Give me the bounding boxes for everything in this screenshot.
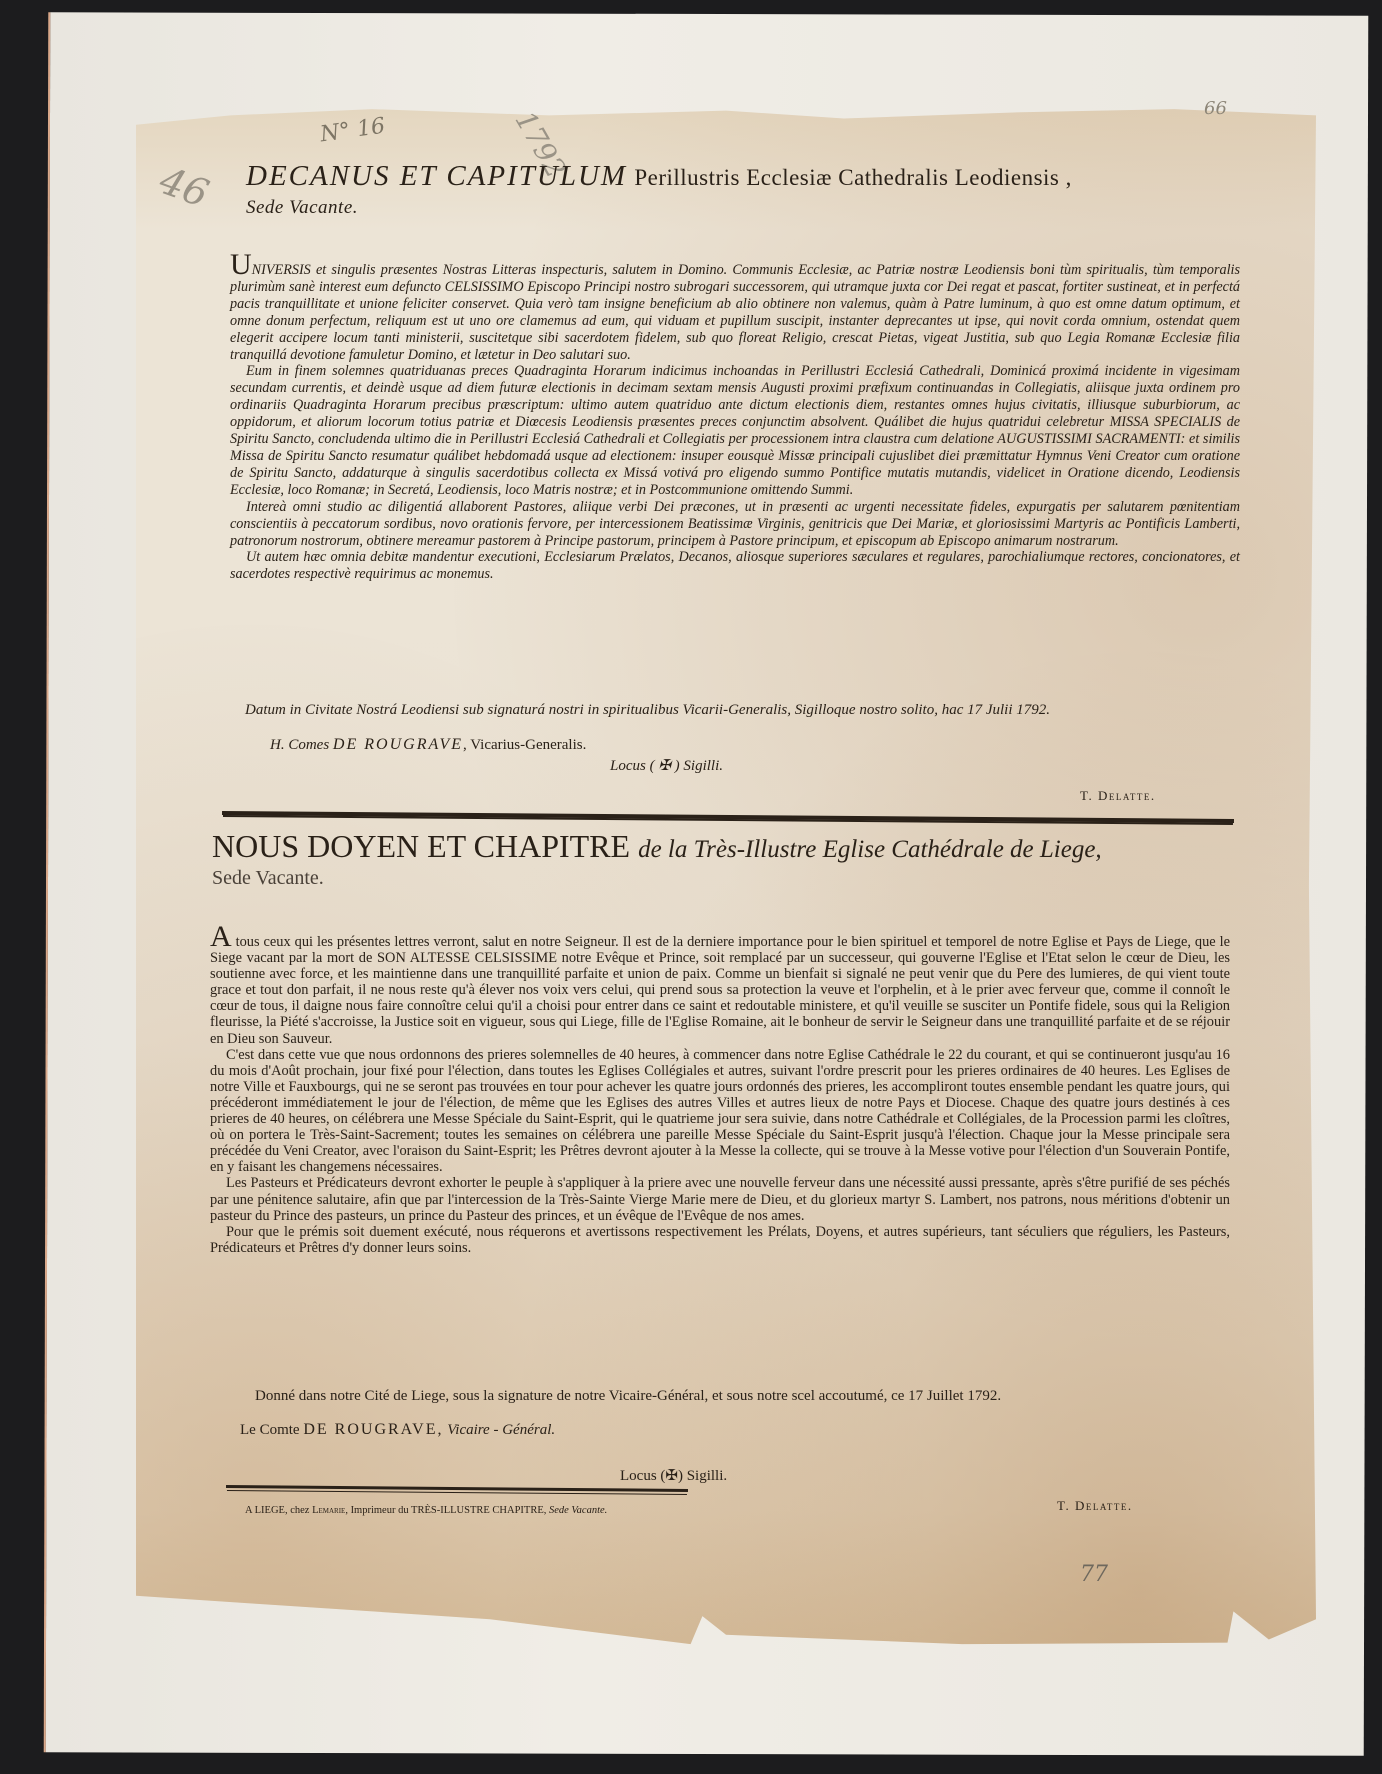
latin-paragraph: Intereà omni studio ac diligentiá allabo… [230,499,1240,550]
french-paragraph: Les Pasteurs et Prédicateurs devront exh… [210,1175,1230,1223]
printer-imprint: A LIEGE, chez Lemarie, Imprimeur du TRÈS… [245,1505,607,1516]
french-heading: NOUS DOYEN ET CHAPITRE de la Très-Illust… [212,828,1262,890]
latin-signature: H. Comes DE ROUGRAVE, Vicarius-Generalis… [270,736,586,754]
latin-seal-locus: Locus ( ✠ ) Sigilli. [610,756,723,775]
printer-name: Lemarie [312,1505,345,1516]
latin-body: UNIVERSIS et singulis præsentes Nostras … [230,258,1240,583]
printer-title: , Imprimeur du TRÈS-ILLUSTRE CHAPITRE, [345,1505,546,1516]
printer-sede: Sede Vacante. [549,1505,607,1516]
latin-dropcap: U [230,248,252,281]
french-paragraph: C'est dans cette vue que nous ordonnons … [210,1047,1230,1176]
french-signatory-name: DE ROUGRAVE, [303,1421,443,1438]
french-paragraph: A tous ceux qui les présentes lettres ve… [210,930,1230,1047]
latin-title-caps: DECANUS ET CAPITULUM [246,160,627,192]
printer-place: A LIEGE, chez [245,1505,309,1516]
latin-datum-line: Datum in Civitate Nostrá Leodiensi sub s… [245,702,1245,719]
latin-signatory-name: DE ROUGRAVE [333,736,463,753]
french-signatory-role: Vicaire - Général. [447,1422,555,1438]
latin-paragraph: UNIVERSIS et singulis præsentes Nostras … [230,258,1240,363]
french-title-caps: NOUS DOYEN ET CHAPITRE [212,828,630,864]
french-signatory-prefix: Le Comte [240,1422,300,1438]
french-signature: Le Comte DE ROUGRAVE, Vicaire - Général. [240,1421,555,1439]
handwritten-page-number-bottom: 77 [1080,1562,1108,1587]
french-body: A tous ceux qui les présentes lettres ve… [210,930,1230,1256]
french-paragraph: Pour que le prémis soit duement exécuté,… [210,1224,1230,1256]
latin-paragraph: Eum in finem solemnes quatriduanas prece… [230,363,1240,498]
latin-paragraph: Ut autem hæc omnia debitæ mandentur exec… [230,549,1240,583]
french-title-rest: de la Très-Illustre Eglise Cathédrale de… [638,836,1102,863]
french-dropcap: A [210,920,232,953]
latin-signatory-prefix: H. Comes [270,737,329,753]
latin-signatory-role: , Vicarius-Generalis. [463,737,586,753]
latin-title-rest: Perillustris Ecclesiæ Cathedralis Leodie… [634,165,1072,190]
french-secretary-signature: T. Delatte. [1057,1498,1133,1514]
handwritten-page-number-top: 66 [1204,98,1227,119]
french-datum-line: Donné dans notre Cité de Liege, sous la … [255,1388,1255,1405]
latin-secretary-signature: T. Delatte. [1080,788,1156,804]
latin-heading: DECANUS ET CAPITULUM Perillustris Eccles… [246,160,1246,219]
latin-sede-vacante: Sede Vacante. [246,197,1246,219]
french-seal-locus: Locus (✠) Sigilli. [620,1466,727,1485]
french-sede-vacante: Sede Vacante. [212,867,1262,890]
